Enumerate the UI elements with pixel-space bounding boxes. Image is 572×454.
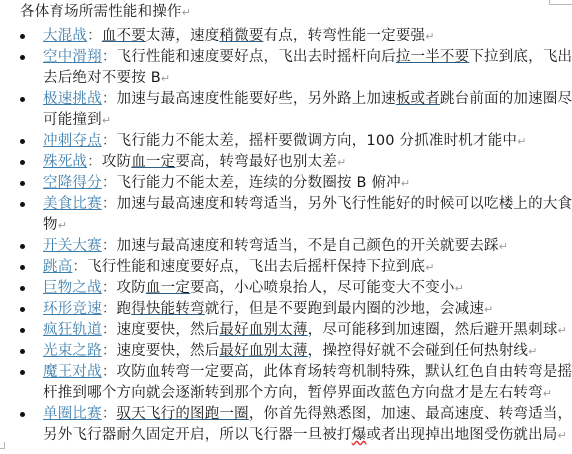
list-item: 极速挑战：加速与最高速度性能要好些，另外路上加速板或者跳台前面的加速圈尽可能撞到… xyxy=(0,89,548,131)
bullet-icon xyxy=(20,307,25,312)
underlined-text: 血一定 xyxy=(146,280,190,296)
text-line: 单圈比赛：驭天飞行的图跑一圈，你首先得熟悉图，加速、最高速度、转弯适当， xyxy=(43,404,548,425)
paragraph-mark-icon: ↵ xyxy=(425,30,434,43)
body-text: 飞行性能和速度要好点，飞出去时摇杆向后 xyxy=(117,49,396,65)
list-item: 美食比赛：加速与最高速度和转弯适当，另外飞行性能好的时候可以吃楼上的大食物↵ xyxy=(0,194,548,236)
underlined-text: 驭天飞行的图跑一圈 xyxy=(117,406,249,422)
body-text: 或者出现掉出地图受伤就出局 xyxy=(366,427,557,443)
body-text: 攻防血转弯一定要高，此体育场转弯机制特殊，默认红色自由转弯是摇 xyxy=(117,364,572,380)
body-text: 加速与最高速度性能要好些，另外路上加速 xyxy=(117,91,396,107)
text-line: 殊死战：攻防血一定要高，转弯最好也别太差↵ xyxy=(43,152,548,173)
spellcheck-flagged-text: 爆 xyxy=(352,427,367,443)
text-line: 极速挑战：加速与最高速度性能要好些，另外路上加速板或者跳台前面的加速圈尽 xyxy=(43,89,548,110)
bullet-icon xyxy=(20,286,25,291)
text-line: 跳高：飞行性能和速度要好点，飞出去后摇杆保持下拉到底↵ xyxy=(43,257,548,278)
title-text: 各体育场所需性能和操作 xyxy=(20,4,182,20)
arena-name-link[interactable]: 极速挑战 xyxy=(43,91,102,107)
body-text: 物 xyxy=(43,217,58,233)
body-text: 就行，但是不要跑到最内圈的沙地，会减速 xyxy=(205,301,484,317)
list-item: 环形竞速：跑得快能转弯就行，但是不要跑到最内圈的沙地，会减速↵ xyxy=(0,299,548,320)
list-item: 跳高：飞行性能和速度要好点，飞出去后摇杆保持下拉到底↵ xyxy=(0,257,548,278)
underlined-text: 血一定 xyxy=(131,154,175,170)
bullet-icon xyxy=(20,370,25,375)
bullet-icon xyxy=(20,160,25,165)
arena-name-link[interactable]: 大混战 xyxy=(43,28,87,44)
arena-name-link[interactable]: 空中滑翔 xyxy=(43,49,102,65)
underlined-text: 拉一半不要 xyxy=(396,49,470,65)
body-text: 攻防 xyxy=(102,154,131,170)
list-item: 殊死战：攻防血一定要高，转弯最好也别太差↵ xyxy=(0,152,548,173)
text-line: 光束之路：速度要快，然后最好血别太薄，操控得好就不会碰到任何热射线↵ xyxy=(43,341,548,362)
body-text: 去后绝对不要按 B xyxy=(43,70,161,86)
list-item: 大混战：血不要太薄，速度稍微要有点，转弯性能一定要强↵ xyxy=(0,26,548,47)
text-line: 去后绝对不要按 B↵ xyxy=(43,68,548,89)
text-line: 大混战：血不要太薄，速度稍微要有点，转弯性能一定要强↵ xyxy=(43,26,548,47)
body-text: 攻防 xyxy=(117,280,146,296)
body-text: 跑 xyxy=(117,301,132,317)
body-text: 速度要快，然后 xyxy=(117,322,220,338)
body-text: 速度要快，然后 xyxy=(117,343,220,359)
document-title: 各体育场所需性能和操作↵ xyxy=(20,2,191,23)
list-item: 巨物之战：攻防血一定要高，小心喷泉抬人，尽可能变大不变小↵ xyxy=(0,278,548,299)
text-line: 另外飞行器耐久固定开启，所以飞行器一旦被打爆或者出现掉出地图受伤就出局↵ xyxy=(43,425,548,446)
paragraph-mark-icon: ↵ xyxy=(102,114,111,127)
paragraph-mark-icon: ↵ xyxy=(401,177,410,190)
bullet-icon xyxy=(20,412,25,417)
text-line: 环形竞速：跑得快能转弯就行，但是不要跑到最内圈的沙地，会减速↵ xyxy=(43,299,548,320)
colon-separator: ： xyxy=(87,28,102,44)
arena-name-link[interactable]: 巨物之战 xyxy=(43,280,102,296)
text-line: 可能撞到↵ xyxy=(43,110,548,131)
paragraph-mark-icon: ↵ xyxy=(182,6,191,19)
body-text: ，你首先得熟悉图，加速、最高速度、转弯适当， xyxy=(249,406,572,422)
bullet-icon xyxy=(20,34,25,39)
underlined-text: 最好血别太薄 xyxy=(219,343,307,359)
text-line: 空中滑翔：飞行性能和速度要好点，飞出去时摇杆向后拉一半不要下拉到底，飞出 xyxy=(43,47,548,68)
page-corner-marker-top-right xyxy=(549,0,572,5)
colon-separator: ： xyxy=(102,301,117,317)
paragraph-mark-icon: ↵ xyxy=(484,303,493,316)
body-text: 另外飞行器耐久固定开启，所以飞行器一旦被打 xyxy=(43,427,352,443)
list-item: 冲刺夺点：飞行能力不能太差，摇杆要微调方向，100 分抓准时机才能中↵ xyxy=(0,131,548,152)
colon-separator: ： xyxy=(102,364,117,380)
arena-name-link[interactable]: 开关大赛 xyxy=(43,238,102,254)
body-text: ，操控得好就不会碰到任何热射线 xyxy=(308,343,529,359)
list-item: 空中滑翔：飞行性能和速度要好点，飞出去时摇杆向后拉一半不要下拉到底，飞出去后绝对… xyxy=(0,47,548,89)
paragraph-mark-icon: ↵ xyxy=(528,345,537,358)
colon-separator: ： xyxy=(102,91,117,107)
paragraph-mark-icon: ↵ xyxy=(558,429,567,442)
colon-separator: ： xyxy=(102,280,117,296)
arena-name-link[interactable]: 魔王对战 xyxy=(43,364,102,380)
underlined-text: 得快能转弯 xyxy=(131,301,205,317)
body-text: 飞行能力不能太差，摇杆要微调方向，100 分抓准时机才能中 xyxy=(117,133,518,149)
underlined-text: 最好血别太薄 xyxy=(219,322,307,338)
text-line: 空降得分：飞行能力不能太差，连续的分数圈按 B 俯冲↵ xyxy=(43,173,548,194)
bullet-icon xyxy=(20,202,25,207)
colon-separator: ： xyxy=(87,154,102,170)
paragraph-mark-icon: ↵ xyxy=(425,261,434,274)
list-item: 魔王对战：攻防血转弯一定要高，此体育场转弯机制特殊，默认红色自由转弯是摇杆推到哪… xyxy=(0,362,548,404)
bullet-icon xyxy=(20,349,25,354)
body-text: 加速与最高速度和转弯适当，另外飞行性能好的时候可以吃楼上的大食 xyxy=(117,196,572,212)
bullet-icon xyxy=(20,328,25,333)
colon-separator: ： xyxy=(102,238,117,254)
colon-separator: ： xyxy=(72,259,87,275)
colon-separator: ： xyxy=(102,49,117,65)
body-text: 飞行性能和速度要好点，飞出去后摇杆保持下拉到底 xyxy=(87,259,425,275)
list-item: 疯狂轨道：速度要快，然后最好血别太薄，尽可能移到加速圈，然后避开黑刺球↵ xyxy=(0,320,548,341)
document-page: 各体育场所需性能和操作↵ 大混战：血不要太薄，速度稍微要有点，转弯性能一定要强↵… xyxy=(0,0,572,454)
text-line: 巨物之战：攻防血一定要高，小心喷泉抬人，尽可能变大不变小↵ xyxy=(43,278,548,299)
body-text: 杆推到哪个方向就会逐渐转到那个方向，暂停界面改蓝色方向盘才是左右转弯 xyxy=(43,385,543,401)
paragraph-mark-icon: ↵ xyxy=(455,282,464,295)
paragraph-mark-icon: ↵ xyxy=(517,135,526,148)
list-item: 开关大赛：加速与最高速度和转弯适当，不是自己颜色的开关就要去踩↵ xyxy=(0,236,548,257)
paragraph-mark-icon: ↵ xyxy=(499,240,508,253)
paragraph-mark-icon: ↵ xyxy=(337,156,346,169)
text-line: 魔王对战：攻防血转弯一定要高，此体育场转弯机制特殊，默认红色自由转弯是摇 xyxy=(43,362,548,383)
paragraph-mark-icon: ↵ xyxy=(58,219,67,232)
paragraph-mark-icon: ↵ xyxy=(558,324,567,337)
list-item: 单圈比赛：驭天飞行的图跑一圈，你首先得熟悉图，加速、最高速度、转弯适当，另外飞行… xyxy=(0,404,548,446)
text-line: 冲刺夺点：飞行能力不能太差，摇杆要微调方向，100 分抓准时机才能中↵ xyxy=(43,131,548,152)
arena-name-link[interactable]: 空降得分 xyxy=(43,175,102,191)
colon-separator: ： xyxy=(102,133,117,149)
body-text: 有点，转弯性能一定要强 xyxy=(264,28,426,44)
text-line: 美食比赛：加速与最高速度和转弯适当，另外飞行性能好的时候可以吃楼上的大食 xyxy=(43,194,548,215)
colon-separator: ： xyxy=(102,343,117,359)
list-item: 空降得分：飞行能力不能太差，连续的分数圈按 B 俯冲↵ xyxy=(0,173,548,194)
text-line: 开关大赛：加速与最高速度和转弯适当，不是自己颜色的开关就要去踩↵ xyxy=(43,236,548,257)
body-text: 要高，转弯最好也别太差 xyxy=(175,154,337,170)
body-text: 下拉到底，飞出 xyxy=(469,49,572,65)
arena-name-link[interactable]: 跳高 xyxy=(43,259,72,275)
arena-name-link[interactable]: 光束之路 xyxy=(43,343,102,359)
underlined-text: 板或者 xyxy=(396,91,440,107)
paragraph-mark-icon: ↵ xyxy=(543,387,552,400)
colon-separator: ： xyxy=(102,175,117,191)
underlined-text: 血不要 xyxy=(102,28,146,44)
bullet-list: 大混战：血不要太薄，速度稍微要有点，转弯性能一定要强↵空中滑翔：飞行性能和速度要… xyxy=(0,26,572,446)
body-text: 跳台前面的加速圈尽 xyxy=(440,91,572,107)
bullet-icon xyxy=(20,265,25,270)
body-text: 太薄，速度 xyxy=(146,28,220,44)
colon-separator: ： xyxy=(102,406,117,422)
bullet-icon xyxy=(20,244,25,249)
body-text: 可能撞到 xyxy=(43,112,102,128)
bullet-icon xyxy=(20,181,25,186)
bullet-icon xyxy=(20,55,25,60)
arena-name-link[interactable]: 冲刺夺点 xyxy=(43,133,102,149)
body-text: 加速与最高速度和转弯适当，不是自己颜色的开关就要去踩 xyxy=(117,238,499,254)
arena-name-link[interactable]: 疯狂轨道 xyxy=(43,322,102,338)
colon-separator: ： xyxy=(102,196,117,212)
underlined-text: 稍微要 xyxy=(219,28,263,44)
arena-name-link[interactable]: 环形竞速 xyxy=(43,301,102,317)
body-text: 要高，小心喷泉抬人，尽可能变大不变小 xyxy=(190,280,455,296)
arena-name-link[interactable]: 殊死战 xyxy=(43,154,87,170)
arena-name-link[interactable]: 美食比赛 xyxy=(43,196,102,212)
list-item: 光束之路：速度要快，然后最好血别太薄，操控得好就不会碰到任何热射线↵ xyxy=(0,341,548,362)
bullet-icon xyxy=(20,139,25,144)
paragraph-mark-icon: ↵ xyxy=(161,72,170,85)
text-line: 疯狂轨道：速度要快，然后最好血别太薄，尽可能移到加速圈，然后避开黑刺球↵ xyxy=(43,320,548,341)
arena-name-link[interactable]: 单圈比赛 xyxy=(43,406,102,422)
text-line: 物↵ xyxy=(43,215,548,236)
bullet-icon xyxy=(20,97,25,102)
colon-separator: ： xyxy=(102,322,117,338)
text-line: 杆推到哪个方向就会逐渐转到那个方向，暂停界面改蓝色方向盘才是左右转弯↵ xyxy=(43,383,548,404)
body-text: ，尽可能移到加速圈，然后避开黑刺球 xyxy=(308,322,558,338)
body-text: 飞行能力不能太差，连续的分数圈按 B 俯冲 xyxy=(117,175,401,191)
